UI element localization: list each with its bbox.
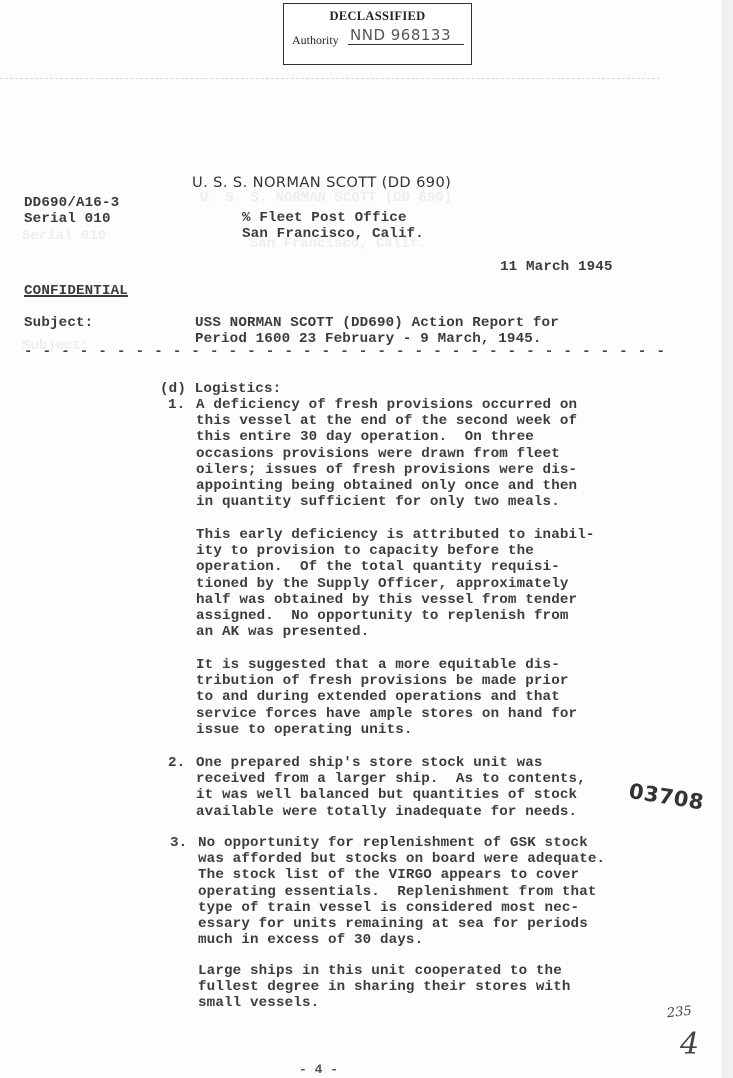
document-date: 11 March 1945 <box>500 259 613 275</box>
subject-label: Subject: <box>24 315 93 331</box>
stamp-authority-value: NND 968133 <box>348 26 464 45</box>
document-page: U. S. S. NORMAN SCOTT (DD 690) Serial 01… <box>0 0 733 1078</box>
scan-edge <box>722 0 733 1078</box>
section-heading: (d) Logistics: <box>160 381 281 397</box>
serial-number: Serial 010 <box>24 211 111 227</box>
classification-marking: CONFIDENTIAL <box>24 283 128 299</box>
stamp-title: DECLASSIFIED <box>284 9 471 24</box>
item-1-number: 1. <box>168 397 185 413</box>
stamped-document-number: 03708 <box>627 779 705 815</box>
declassified-stamp: DECLASSIFIED Authority NND 968133 <box>283 3 472 65</box>
stamp-authority-label: Authority <box>292 33 339 48</box>
item-1-paragraph-2: This early deficiency is attributed to i… <box>196 527 595 640</box>
bleed-through-text: Serial 010 <box>22 228 106 244</box>
item-1-paragraph-1: A deficiency of fresh provisions occurre… <box>196 397 577 510</box>
item-2-number: 2. <box>168 755 185 771</box>
item-3-number: 3. <box>170 835 187 851</box>
address-line-2: San Francisco, Calif. <box>242 226 424 242</box>
scan-artifact-line <box>0 78 660 79</box>
divider-line: - - - - - - - - - - - - - - - - - - - - … <box>24 344 666 360</box>
item-1-paragraph-3: It is suggested that a more equitable di… <box>196 657 577 738</box>
handwritten-page-number: 4 <box>680 1027 699 1062</box>
item-2-paragraph-1: One prepared ship's store stock unit was… <box>196 755 586 820</box>
address-line-1: % Fleet Post Office <box>242 210 407 226</box>
bleed-through-text: U. S. S. NORMAN SCOTT (DD 690) <box>200 190 452 206</box>
ship-name-heading: U. S. S. NORMAN SCOTT (DD 690) <box>192 174 451 191</box>
item-3-paragraph-2: Large ships in this unit cooperated to t… <box>198 963 571 1012</box>
subject-line-1: USS NORMAN SCOTT (DD690) Action Report f… <box>195 315 559 331</box>
page-number: - 4 - <box>299 1062 338 1077</box>
item-3-paragraph-1: No opportunity for replenishment of GSK … <box>198 835 605 948</box>
file-reference: DD690/A16-3 <box>24 195 119 211</box>
handwritten-folio-number: 235 <box>666 1004 692 1022</box>
